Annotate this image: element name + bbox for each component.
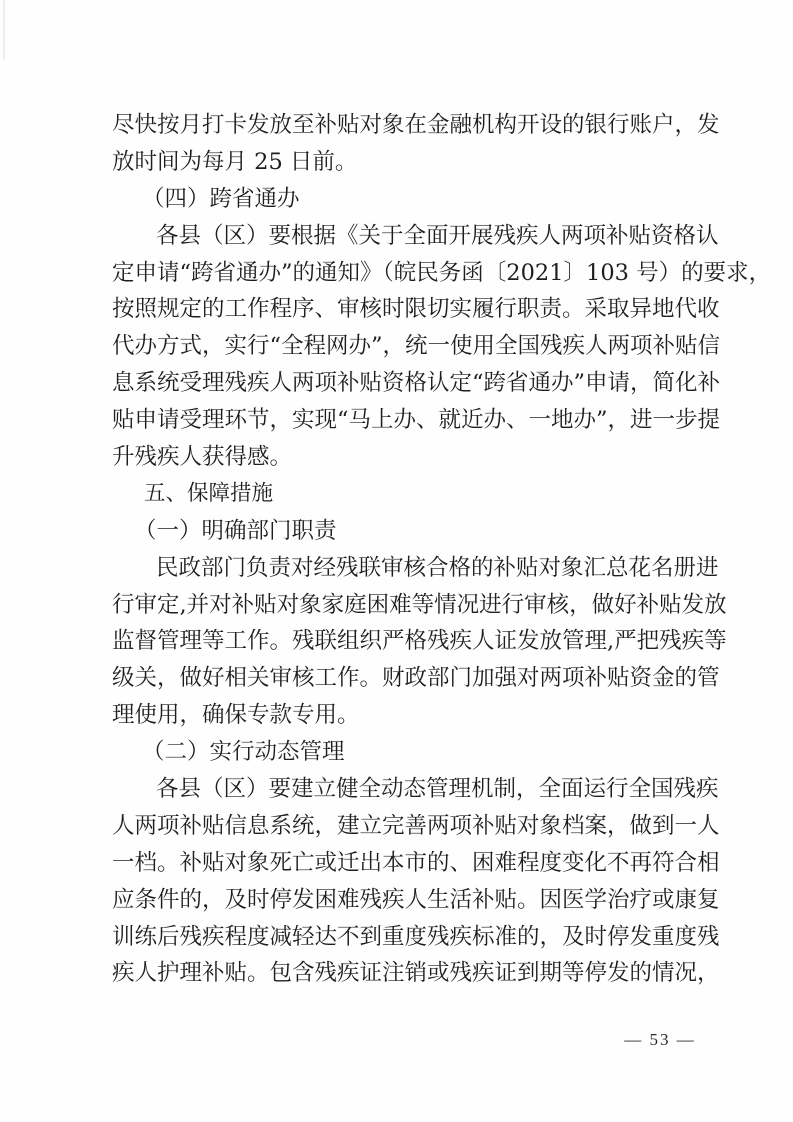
paragraph-line: 按照规定的工作程序、审核时限切实履行职责。采取异地代收 — [112, 291, 692, 328]
paragraph-line: 定申请“跨省通办”的通知》（皖民务函〔2021〕103 号）的要求， — [112, 255, 692, 292]
section-heading-5-safeguards: 五、保障措施 — [112, 476, 692, 513]
paragraph-line: 尽快按月打卡发放至补贴对象在金融机构开设的银行账户，发 — [112, 107, 692, 144]
paragraph-line: 一档。补贴对象死亡或迁出本市的、困难程度变化不再符合相 — [112, 845, 692, 882]
paragraph-line: 级关，做好相关审核工作。财政部门加强对两项补贴资金的管 — [112, 660, 692, 697]
paragraph-line: 疾人护理补贴。包含残疾证注销或残疾证到期等停发的情况， — [112, 955, 692, 992]
paragraph-line: 人两项补贴信息系统，建立完善两项补贴对象档案，做到一人 — [112, 808, 692, 845]
subsection-heading-2-dynamic-management: （二）实行动态管理 — [112, 734, 692, 771]
paragraph-line: 行审定,并对补贴对象家庭困难等情况进行审核，做好补贴发放 — [112, 587, 692, 624]
scan-edge-mark — [3, 0, 5, 60]
page-number: — 53 — — [620, 1030, 700, 1050]
document-page: 尽快按月打卡发放至补贴对象在金融机构开设的银行账户，发 放时间为每月 25 日前… — [0, 0, 793, 1122]
paragraph-line: 监督管理等工作。残联组织严格残疾人证发放管理,严把残疾等 — [112, 623, 692, 660]
paragraph-line: 放时间为每月 25 日前。 — [112, 144, 692, 181]
paragraph-line: 升残疾人获得感。 — [112, 439, 692, 476]
document-body: 尽快按月打卡发放至补贴对象在金融机构开设的银行账户，发 放时间为每月 25 日前… — [112, 107, 692, 992]
paragraph-line: 民政部门负责对经残联审核合格的补贴对象汇总花名册进 — [112, 550, 692, 587]
paragraph-line: 应条件的，及时停发困难残疾人生活补贴。因医学治疗或康复 — [112, 882, 692, 919]
subsection-heading-1-responsibilities: （一）明确部门职责 — [112, 513, 692, 550]
paragraph-line: 各县（区）要建立健全动态管理机制，全面运行全国残疾 — [112, 771, 692, 808]
subsection-heading-4-cross-province: （四）跨省通办 — [112, 181, 692, 218]
paragraph-line: 贴申请受理环节，实现“马上办、就近办、一地办”，进一步提 — [112, 402, 692, 439]
paragraph-line: 各县（区）要根据《关于全面开展残疾人两项补贴资格认 — [112, 218, 692, 255]
paragraph-line: 理使用，确保专款专用。 — [112, 697, 692, 734]
paragraph-line: 代办方式，实行“全程网办”，统一使用全国残疾人两项补贴信 — [112, 328, 692, 365]
paragraph-line: 息系统受理残疾人两项补贴资格认定“跨省通办”申请，简化补 — [112, 365, 692, 402]
paragraph-line: 训练后残疾程度减轻达不到重度残疾标准的，及时停发重度残 — [112, 919, 692, 956]
